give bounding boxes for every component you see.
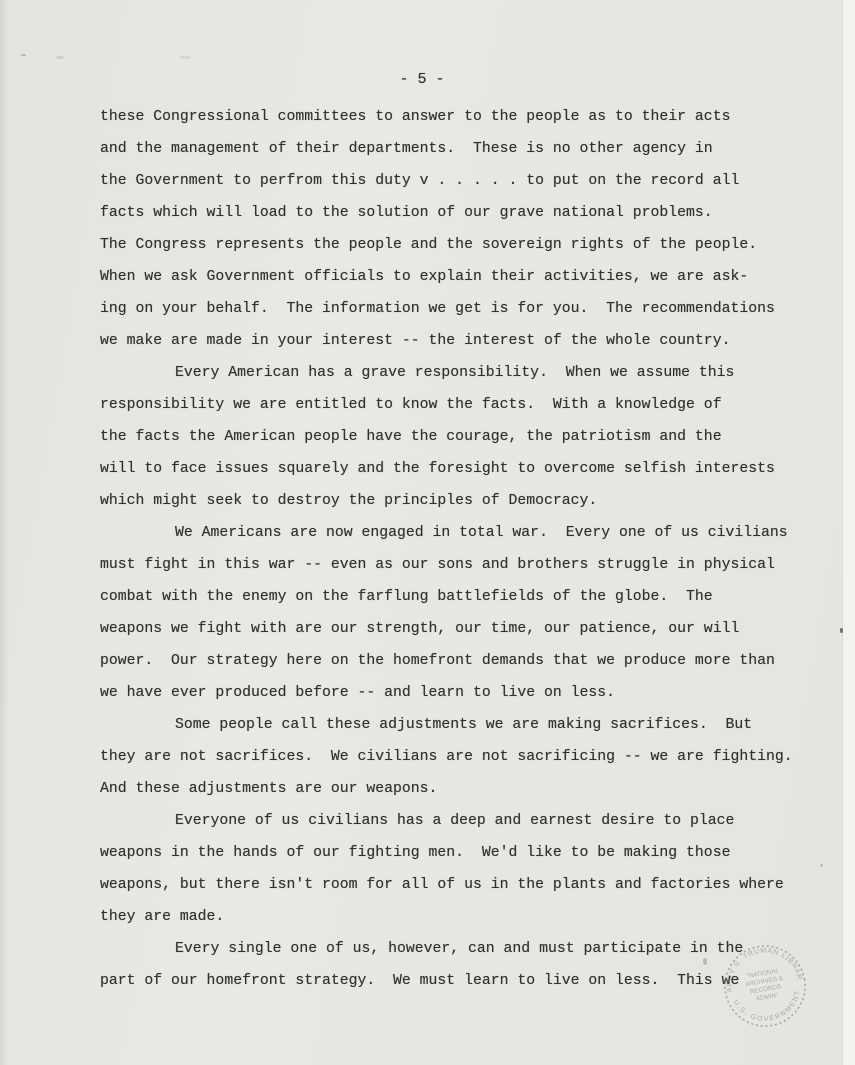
text-line: will to face issues squarely and the for… — [100, 453, 800, 485]
text-line: When we ask Government officials to expl… — [100, 261, 800, 293]
paper-speck — [55, 56, 64, 59]
scanned-document-page: - 5 - these Congressional committees to … — [0, 0, 855, 1065]
text-line: and the management of their departments.… — [100, 133, 800, 165]
text-line: facts which will load to the solution of… — [100, 197, 800, 229]
paper-speck — [840, 628, 843, 633]
text-line: they are not sacrifices. We civilians ar… — [100, 741, 800, 773]
page-left-edge-shadow — [0, 0, 8, 1065]
scan-right-edge — [842, 0, 855, 1065]
document-body: these Congressional committees to answer… — [100, 101, 800, 997]
text-line: we make are made in your interest -- the… — [100, 325, 800, 357]
text-line: power. Our strategy here on the homefron… — [100, 645, 800, 677]
paper-speck — [180, 56, 191, 59]
text-line: ing on your behalf. The information we g… — [100, 293, 800, 325]
text-line: responsibility we are entitled to know t… — [100, 389, 800, 421]
text-line: part of our homefront strategy. We must … — [100, 965, 800, 997]
paper-speck — [820, 864, 823, 867]
text-line: weapons, but there isn't room for all of… — [100, 869, 800, 901]
text-line: Every single one of us, however, can and… — [100, 933, 800, 965]
text-line: And these adjustments are our weapons. — [100, 773, 800, 805]
text-line: Everyone of us civilians has a deep and … — [100, 805, 800, 837]
text-line: We Americans are now engaged in total wa… — [100, 517, 800, 549]
text-line: must fight in this war -- even as our so… — [100, 549, 800, 581]
paragraph: Everyone of us civilians has a deep and … — [100, 805, 800, 933]
text-line: Every American has a grave responsibilit… — [100, 357, 800, 389]
paragraph: Every single one of us, however, can and… — [100, 933, 800, 997]
paragraph: these Congressional committees to answer… — [100, 101, 800, 357]
paragraph: Some people call these adjustments we ar… — [100, 709, 800, 805]
text-line: combat with the enemy on the farflung ba… — [100, 581, 800, 613]
truman-library-archives-stamp: HARRY S. TRUMAN LIBRARY U.S. GOVERNMENT … — [718, 939, 812, 1033]
text-line: the Government to perfrom this duty v . … — [100, 165, 800, 197]
paper-speck — [21, 54, 26, 56]
paragraph: Every American has a grave responsibilit… — [100, 357, 800, 517]
text-line: Some people call these adjustments we ar… — [100, 709, 800, 741]
text-line: weapons we fight with are our strength, … — [100, 613, 800, 645]
text-line: which might seek to destroy the principl… — [100, 485, 800, 517]
text-line: these Congressional committees to answer… — [100, 101, 800, 133]
text-line: they are made. — [100, 901, 800, 933]
text-line: the facts the American people have the c… — [100, 421, 800, 453]
paper-speck — [703, 958, 707, 965]
text-line: weapons in the hands of our fighting men… — [100, 837, 800, 869]
page-number: - 5 - — [0, 64, 844, 96]
paragraph: We Americans are now engaged in total wa… — [100, 517, 800, 709]
text-line: we have ever produced before -- and lear… — [100, 677, 800, 709]
text-line: The Congress represents the people and t… — [100, 229, 800, 261]
